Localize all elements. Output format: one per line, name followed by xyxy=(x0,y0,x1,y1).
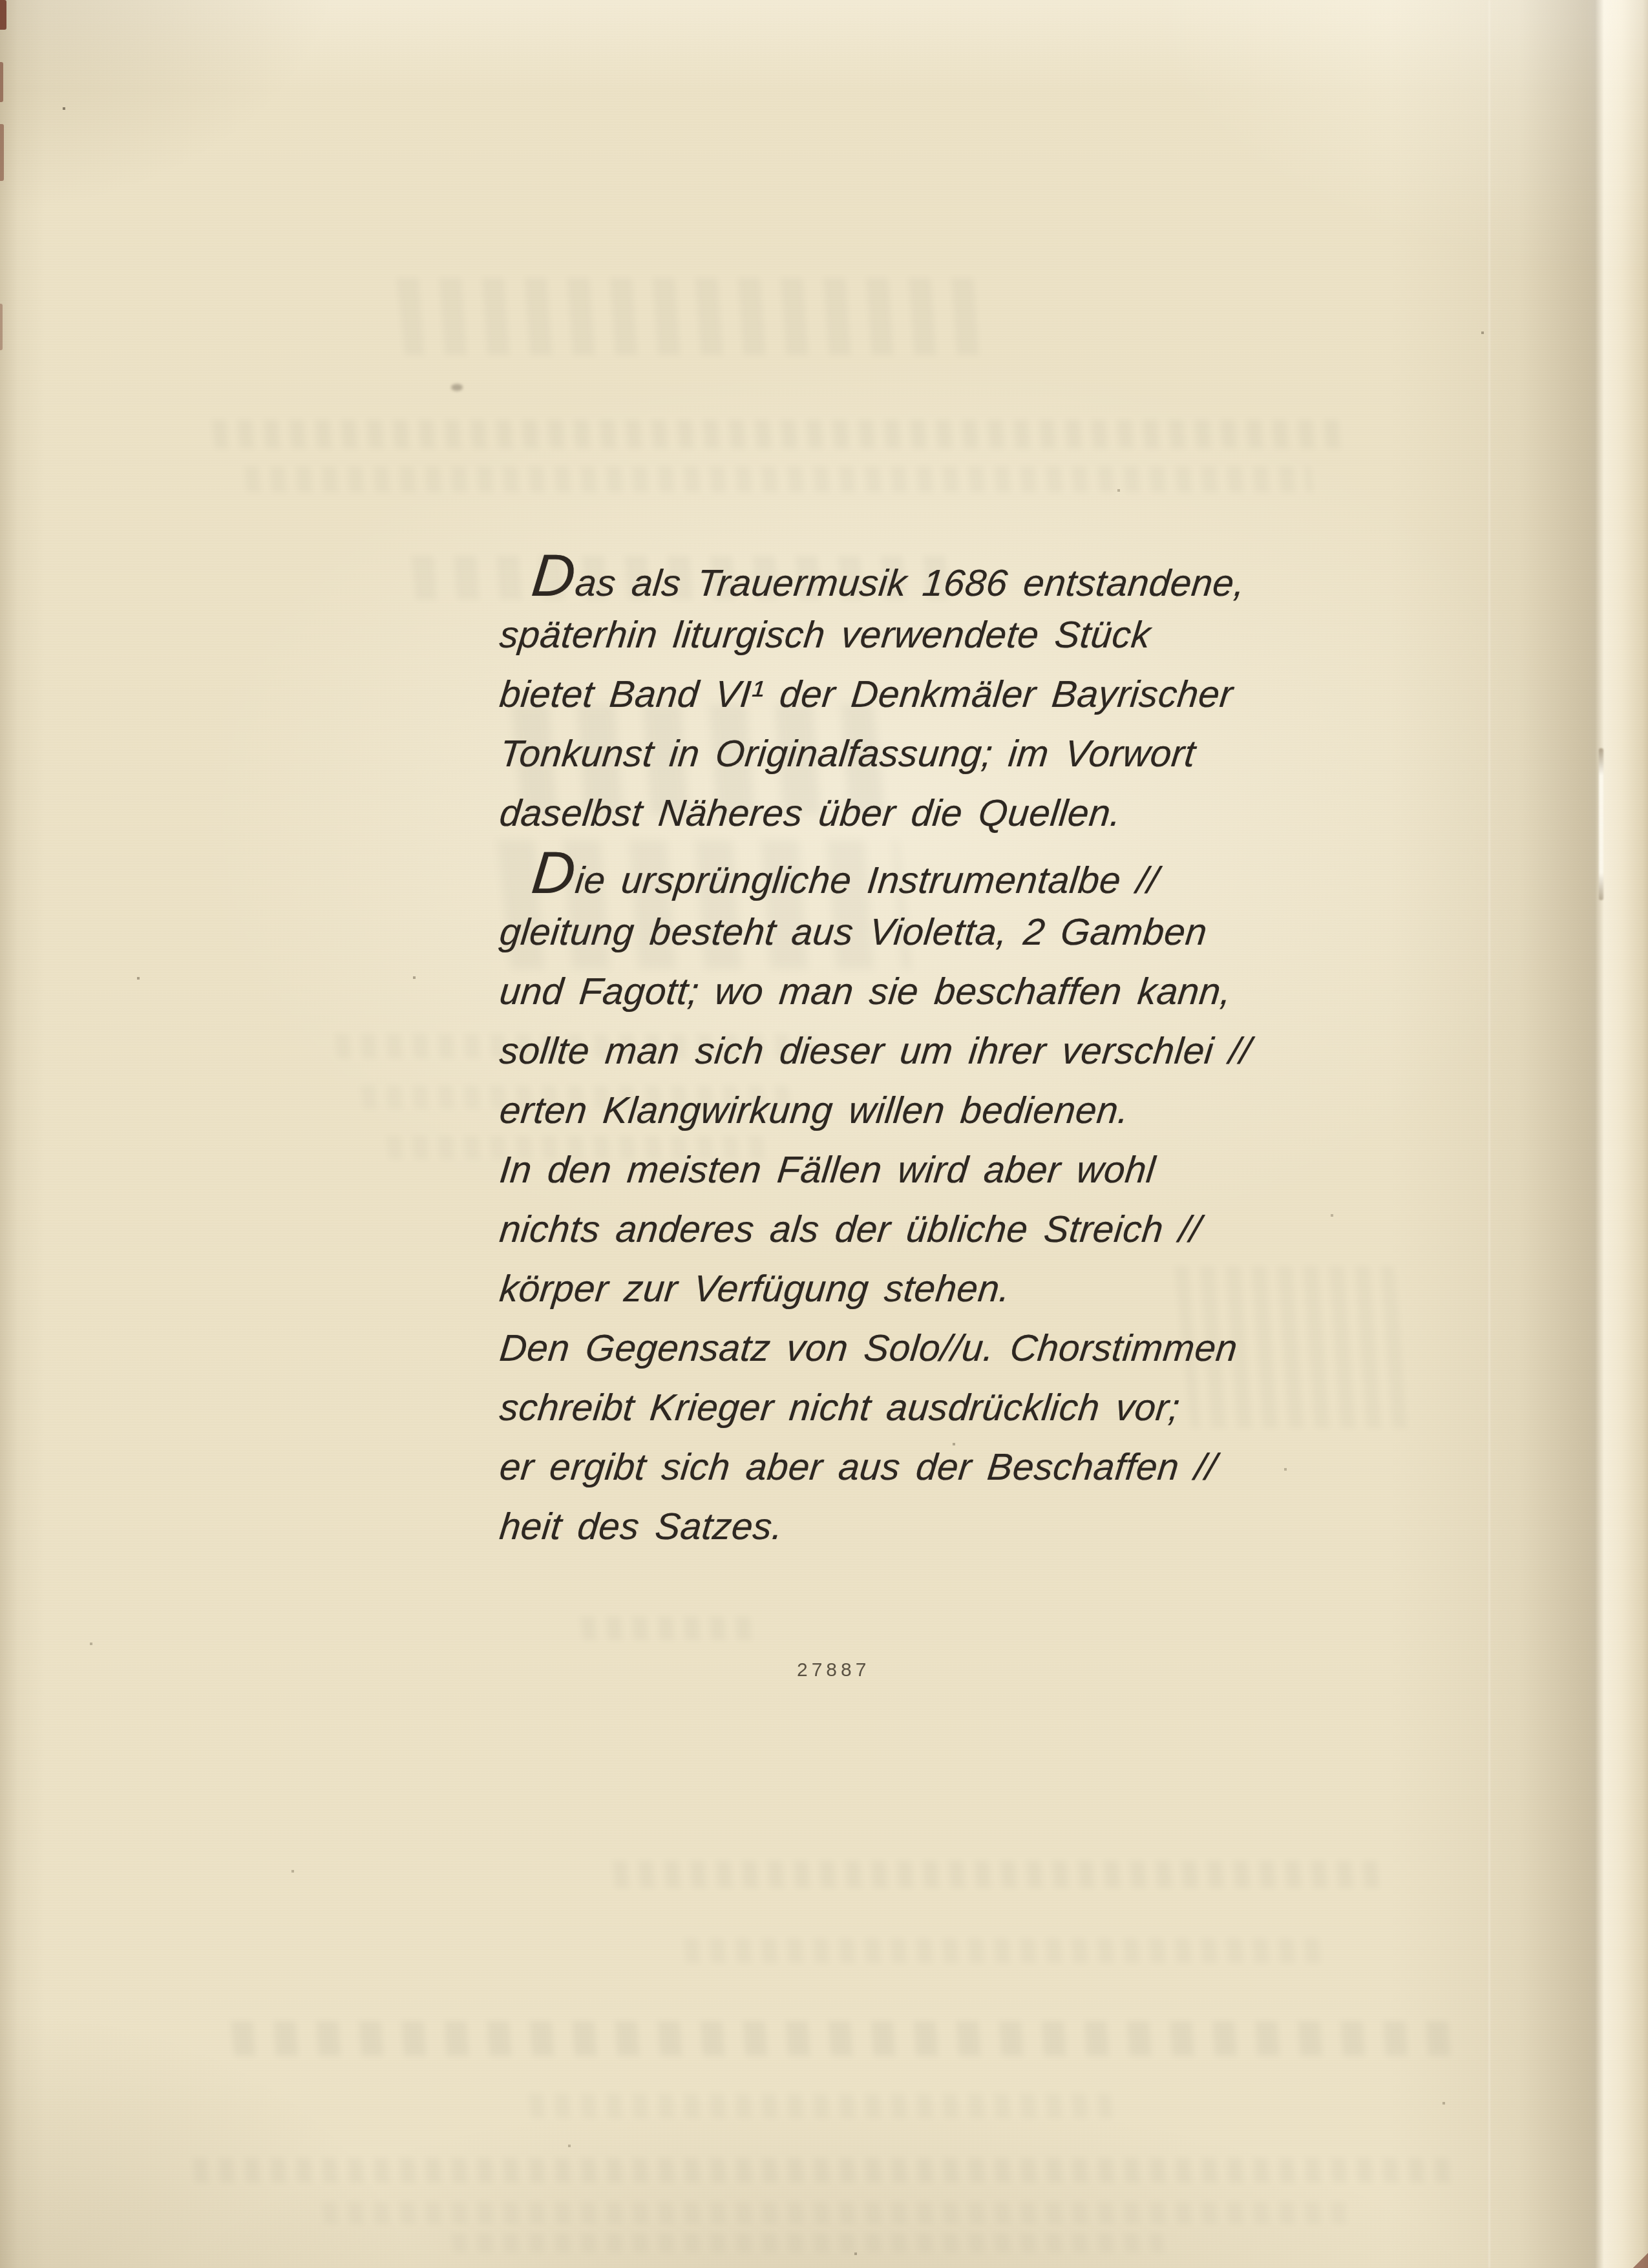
text-line: körper zur Verfügung stehen. xyxy=(497,1259,1363,1319)
text-line: Den Gegensatz von Solo//u. Chorstimmen xyxy=(497,1319,1363,1378)
preface-text-block: Das als Trauermusik 1686 entstandene, sp… xyxy=(498,546,1357,1557)
page-fold-crease xyxy=(1389,0,1648,2268)
text-line: heit des Satzes. xyxy=(497,1497,1363,1557)
text-line: sollte man sich dieser um ihrer verschle… xyxy=(497,1022,1363,1081)
text-line: späterhin liturgisch verwendete Stück xyxy=(497,605,1363,665)
edge-mark xyxy=(0,0,6,30)
text-line: und Fagott; wo man sie beschaffen kann, xyxy=(497,962,1363,1022)
bleed-through-title xyxy=(397,278,987,355)
bleed-through-line xyxy=(322,2202,1358,2224)
bleed-through-line xyxy=(193,2158,1455,2183)
text-line: erten Klangwirkung willen bedienen. xyxy=(497,1081,1363,1140)
text-line: Das als Trauermusik 1686 entstandene, xyxy=(497,546,1363,605)
text-line: er ergibt sich aber aus der Beschaffen /… xyxy=(497,1438,1363,1497)
text-line: bietet Band VI¹ der Denkmäler Bayrischer xyxy=(497,665,1363,724)
bleed-through-line xyxy=(613,1861,1391,1888)
paper-specks xyxy=(0,0,1,1)
text-line: schreibt Krieger nicht ausdrücklich vor; xyxy=(497,1378,1363,1438)
bleed-through-line xyxy=(529,2094,1113,2118)
corner-mark xyxy=(1631,2251,1648,2268)
edge-mark xyxy=(0,304,3,350)
bleed-through-line xyxy=(580,1617,764,1640)
text-line: Die ursprüngliche Instrumentalbe // xyxy=(497,843,1363,903)
bleed-through-imprint xyxy=(231,2021,1463,2056)
edge-mark xyxy=(0,62,3,102)
ink-smudge xyxy=(451,384,463,391)
text-line: gleitung besteht aus Violetta, 2 Gamben xyxy=(497,903,1363,962)
edge-mark xyxy=(0,124,4,181)
bleed-through-line xyxy=(451,2233,1164,2252)
scanned-document-page: { "document": { "kind": "scanned-preface… xyxy=(0,0,1648,2268)
bleed-through-line xyxy=(684,1938,1333,1963)
paper-fiber-line xyxy=(1488,0,1490,2268)
text-line: nichts anderes als der übliche Streich /… xyxy=(497,1200,1363,1259)
text-line: daselbst Näheres über die Quellen. xyxy=(497,784,1363,843)
plate-number: 27887 xyxy=(797,1659,870,1681)
text-line: Tonkunst in Originalfassung; im Vorwort xyxy=(497,724,1363,784)
text-line: In den meisten Fällen wird aber wohl xyxy=(497,1140,1363,1200)
crease-notch xyxy=(1599,748,1603,900)
bleed-through-line xyxy=(212,420,1346,448)
paper-background: Das als Trauermusik 1686 entstandene, sp… xyxy=(0,0,1648,2268)
bleed-through-line xyxy=(244,467,1313,492)
